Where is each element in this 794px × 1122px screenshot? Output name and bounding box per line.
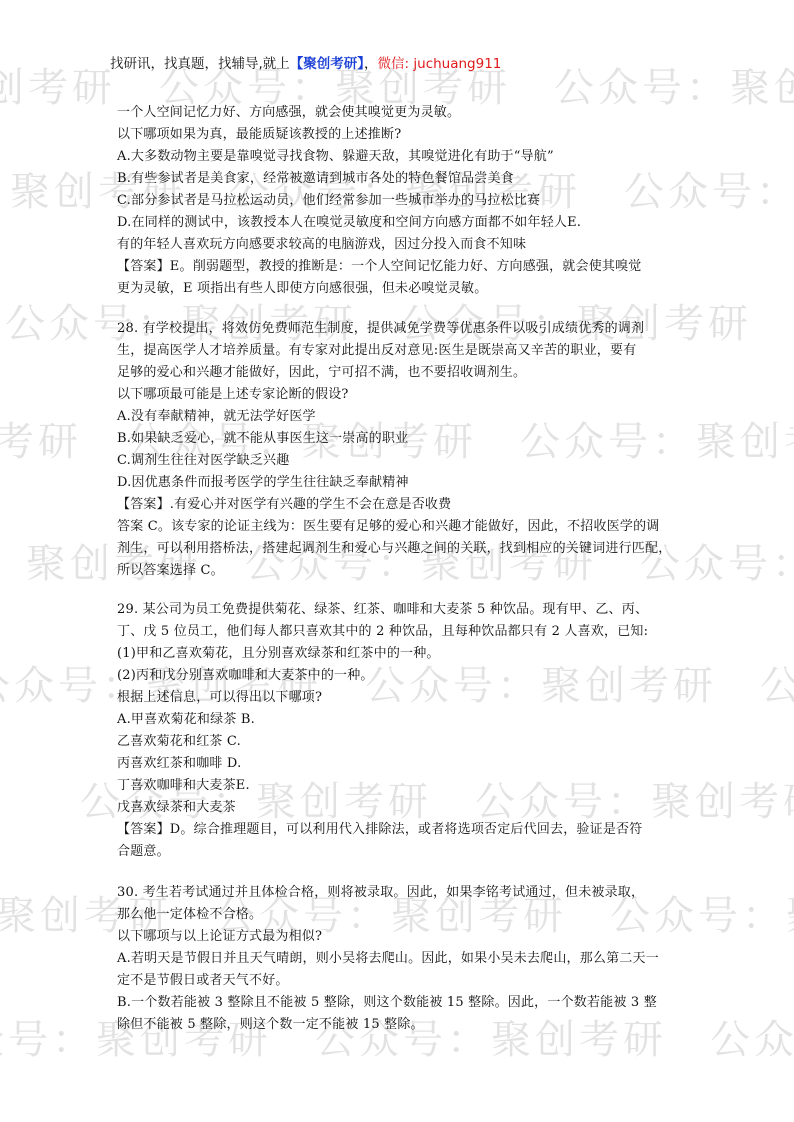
q29-condition-1: (1)甲和乙喜欢菊花，且分别喜欢绿茶和红茶中的一种。 <box>117 643 440 665</box>
q30-option-b: 除但不能被 5 整除，则这个数一定不能被 15 整除。 <box>117 1014 424 1036</box>
q27-option-b: B.有些参试者是美食家，经常被邀请到城市各处的特色餐馆品尝美食 <box>117 168 514 190</box>
q29-option-c: 丙喜欢红茶和咖啡 D. <box>117 753 241 775</box>
q30-option-a: 定不是节假日或者天气不好。 <box>117 970 289 992</box>
q28-answer: 剂生，可以利用搭桥法，搭建起调剂生和爱心与兴趣之间的关联，找到相应的关键词进行匹… <box>117 538 671 560</box>
q29-stem: 丁、戊 5 位员工，他们每人都只喜欢其中的 2 种饮品，且每种饮品都只有 2 人… <box>117 621 648 643</box>
q30-option-b: B.一个数若能被 3 整除且不能被 5 整除，则这个数能被 15 整除。因此，一… <box>117 992 657 1014</box>
q27-stem: 一个人空间记忆力好、方向感强，就会使其嗅觉更为灵敏。 <box>117 102 460 124</box>
header-separator: ， <box>364 56 378 72</box>
q29-answer: 合题意。 <box>117 841 170 863</box>
q30-option-a: A.若明天是节假日并且天气晴朗，则小吴将去爬山。因此，如果小吴未去爬山，那么第二… <box>117 948 659 970</box>
q28-stem: 生，提高医学人才培养质量。有专家对此提出反对意见:医生是既崇高又辛苦的职业，要有 <box>117 340 636 362</box>
header-brand: 【聚创考研】 <box>290 56 364 72</box>
q27-option-a: A.大多数动物主要是靠嗅觉寻找食物、躲避天敌，其嗅觉进化有助于“导航” <box>117 146 554 168</box>
q29-prompt: 根据上述信息，可以得出以下哪项? <box>117 687 322 709</box>
q29-condition-2: (2)丙和戊分别喜欢咖啡和大麦茶中的一种。 <box>117 665 374 687</box>
q29-option-a: A.甲喜欢菊花和绿茶 B. <box>117 709 255 731</box>
q27-prompt: 以下哪项如果为真，最能质疑该教授的上述推断? <box>117 124 401 146</box>
q28-answer: 【答案】.有爱心并对医学有兴趣的学生不会在意是否收费 <box>117 494 451 516</box>
q28-answer: 所以答案选择 C。 <box>117 560 224 582</box>
q28-option-d: D.因优惠条件而报考医学的学生往往缺乏奉献精神 <box>117 472 409 494</box>
q28-option-a: A.没有奉献精神，就无法学好医学 <box>117 406 316 428</box>
q30-stem: 那么他一定体检不合格。 <box>117 904 262 926</box>
q28-answer: 答案 C。该专家的论证主线为：医生要有足够的爱心和兴趣才能做好，因此，不招收医学… <box>117 516 659 538</box>
q27-answer: 【答案】E。削弱题型，教授的推断是：一个人空间记忆能力好、方向感强，就会使其嗅觉 <box>117 256 642 278</box>
q27-option-e: 有的年轻人喜欢玩方向感要求较高的电脑游戏，因过分投入而食不知味 <box>117 234 526 256</box>
q28-stem: 足够的爱心和兴趣才能做好，因此，宁可招不满，也不要招收调剂生。 <box>117 362 526 384</box>
q29-option-e: 戊喜欢绿茶和大麦茶 <box>117 797 236 819</box>
q27-option-c: C.部分参试者是马拉松运动员，他们经常参加一些城市举办的马拉松比赛 <box>117 190 540 212</box>
header-wechat: 微信: juchuang911 <box>378 56 502 72</box>
q28-stem: 28. 有学校提出，将效仿免费师范生制度，提供减免学费等优惠条件以吸引成绩优秀的… <box>117 318 644 340</box>
q27-answer: 更为灵敏，E 项指出有些人即使方向感很强，但未必嗅觉灵敏。 <box>117 278 487 300</box>
header-prefix: 找研讯，找真题，找辅导,就上 <box>110 56 290 72</box>
q29-option-b: 乙喜欢菊花和红茶 C. <box>117 731 241 753</box>
page-header: 找研讯，找真题，找辅导,就上【聚创考研】，微信: juchuang911 <box>110 52 501 72</box>
q29-option-d: 丁喜欢咖啡和大麦茶E. <box>117 775 250 797</box>
q28-prompt: 以下哪项最可能是上述专家论断的假设? <box>117 384 349 406</box>
q27-option-d: D.在同样的测试中，该教授本人在嗅觉灵敏度和空间方向感方面都不如年轻人E. <box>117 212 581 234</box>
q29-stem: 29. 某公司为员工免费提供菊花、绿茶、红茶、咖啡和大麦茶 5 种饮品。现有甲、… <box>117 599 648 621</box>
q29-answer: 【答案】D。综合推理题目，可以利用代入排除法，或者将选项否定后代回去，验证是否符 <box>117 819 642 841</box>
q28-option-c: C.调剂生往往对医学缺乏兴趣 <box>117 450 289 472</box>
q30-stem: 30. 考生若考试通过并且体检合格，则将被录取。因此，如果李铭考试通过，但未被录… <box>117 882 644 904</box>
q30-prompt: 以下哪项与以上论证方式最为相似? <box>117 926 322 948</box>
q28-option-b: B.如果缺乏爱心，就不能从事医生这一崇高的职业 <box>117 428 408 450</box>
